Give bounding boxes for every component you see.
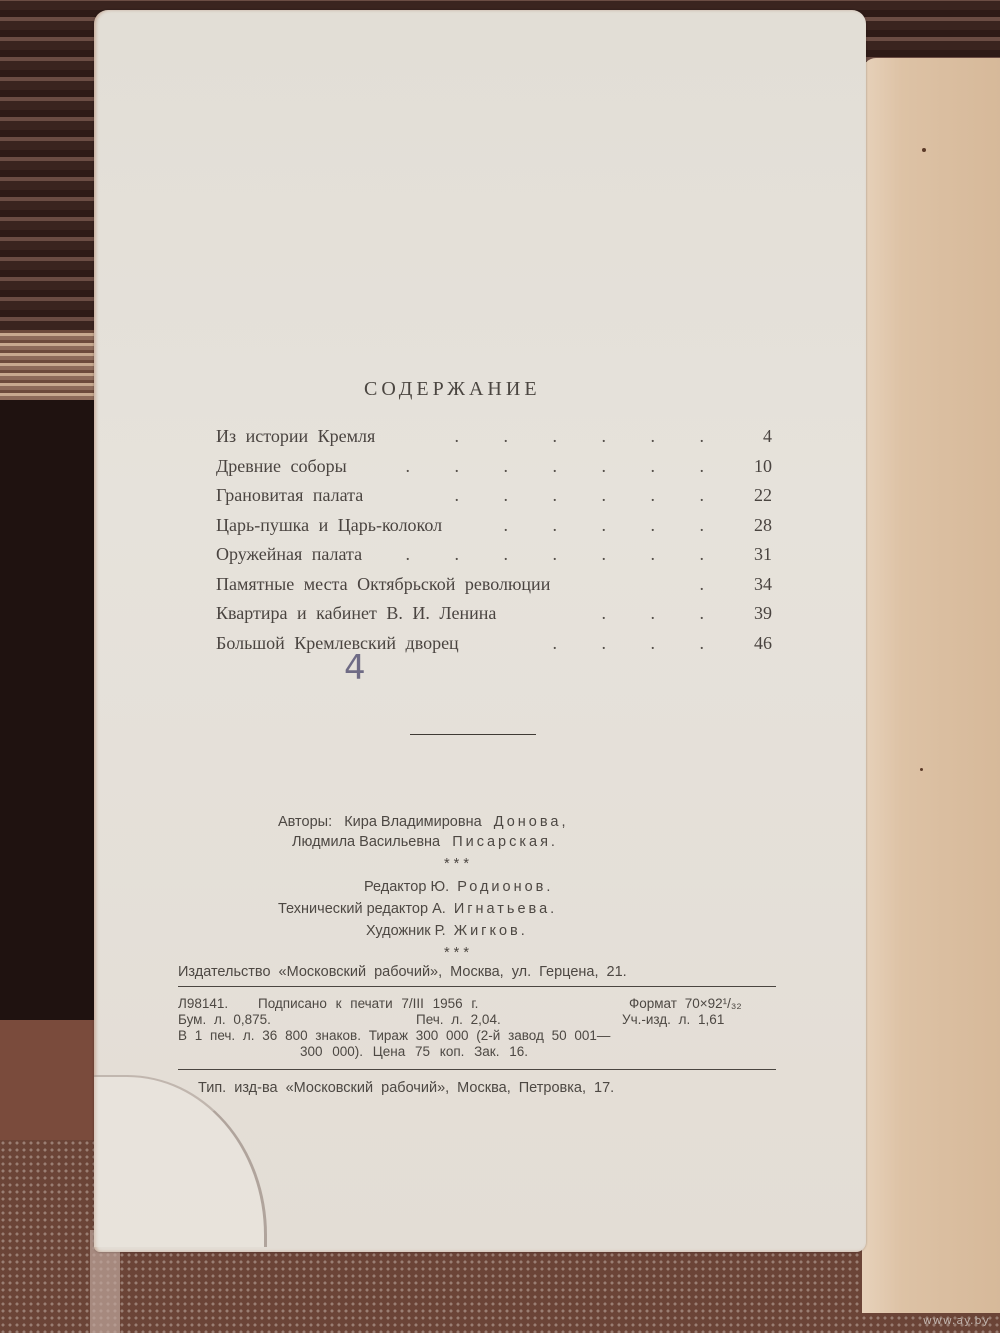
toc-entry: Оружейная палата . . . . . . . 31 xyxy=(216,544,772,574)
spec-print-run: В 1 печ. л. 36 800 знаков. Тираж 300 000… xyxy=(178,1028,610,1043)
publisher-line: Издательство «Московский рабочий», Москв… xyxy=(178,964,627,980)
toc-page-number: 34 xyxy=(742,574,772,595)
spec-code: Л98141. xyxy=(178,996,228,1011)
tech-editor-name: Игнатьева. xyxy=(454,901,557,917)
toc-page-number: 28 xyxy=(742,515,772,536)
tech-editor-label: Технический редактор А. xyxy=(278,901,446,917)
toc-entry: Царь-пушка и Царь-колокол . . . . . 28 xyxy=(216,515,772,545)
spec-format: Формат 70×92¹/₃₂ xyxy=(629,996,742,1011)
spec-paper-sheets: Бум. л. 0,875. xyxy=(178,1012,271,1027)
artist-label: Художник Р. xyxy=(366,923,446,939)
toc-page-number: 22 xyxy=(742,485,772,506)
toc-entry: Из истории Кремля . . . . . . 4 xyxy=(216,426,772,456)
folded-corner xyxy=(94,1075,267,1247)
toc-leader-dots: . . . . . . . xyxy=(347,456,742,477)
artist-line: Художник Р. Жигков. xyxy=(366,923,528,939)
toc-page-number: 31 xyxy=(742,544,772,565)
toc-entry-title: Оружейная палата xyxy=(216,544,362,565)
spec-signed: Подписано к печати 7/III 1956 г. xyxy=(258,996,478,1011)
authors-line-1: Авторы: Кира Владимировна Донова, xyxy=(278,814,569,830)
editor-name: Родионов. xyxy=(457,879,553,895)
editor-label: Редактор Ю. xyxy=(364,879,449,895)
divider-rule xyxy=(178,1069,776,1070)
divider-rule xyxy=(178,986,776,987)
author-2-name: Людмила Васильевна xyxy=(292,834,440,850)
toc-leader-dots: . . . . . xyxy=(442,515,742,536)
editor-line: Редактор Ю. Родионов. xyxy=(364,879,553,895)
toc-entry-title: Большой Кремлевский дворец xyxy=(216,633,459,654)
section-separator: * * * xyxy=(444,945,469,961)
tech-editor-line: Технический редактор А. Игнатьева. xyxy=(278,901,557,917)
toc-entry-title: Из истории Кремля xyxy=(216,426,375,447)
toc-leader-dots: . . . xyxy=(496,603,742,624)
toc-entry: Древние соборы . . . . . . . 10 xyxy=(216,456,772,486)
toc-leader-dots: . . . . . . . xyxy=(362,544,742,565)
authors-label: Авторы: xyxy=(278,814,332,830)
toc-entry-title: Памятные места Октябрьской революции xyxy=(216,574,550,595)
toc-page-number: 4 xyxy=(742,426,772,447)
toc-leader-dots: . . . . . . xyxy=(375,426,742,447)
section-separator: * * * xyxy=(444,856,469,872)
author-1-name: Кира Владимировна xyxy=(344,814,481,830)
table-of-contents: Из истории Кремля . . . . . . 4 Древние … xyxy=(216,426,772,662)
toc-entry: Большой Кремлевский дворец . . . . 46 xyxy=(216,633,772,663)
toc-entry-title: Древние соборы xyxy=(216,456,347,477)
toc-leader-dots: . . . . . . xyxy=(363,485,742,506)
toc-entry-title: Грановитая палата xyxy=(216,485,363,506)
toc-entry-title: Царь-пушка и Царь-колокол xyxy=(216,515,442,536)
back-cover xyxy=(862,58,1000,1313)
toc-entry: Грановитая палата . . . . . . 22 xyxy=(216,485,772,515)
toc-heading: СОДЕРЖАНИЕ xyxy=(364,378,724,401)
toc-page-number: 39 xyxy=(742,603,772,624)
toc-leader-dots: . xyxy=(550,574,742,595)
watermark: www.ay.by xyxy=(923,1314,990,1327)
stain-dot xyxy=(920,768,923,771)
toc-page-number: 46 xyxy=(742,633,772,654)
divider-rule xyxy=(410,734,536,735)
spec-price: 300 000). Цена 75 коп. Зак. 16. xyxy=(300,1044,528,1059)
authors-line-2: Людмила Васильевна Писарская. xyxy=(292,834,558,850)
artist-name: Жигков. xyxy=(454,923,528,939)
author-2-surname: Писарская. xyxy=(452,834,558,850)
toc-entry: Квартира и кабинет В. И. Ленина . . . 39 xyxy=(216,603,772,633)
toc-entry-title: Квартира и кабинет В. И. Ленина xyxy=(216,603,496,624)
author-1-surname: Донова, xyxy=(494,814,569,830)
toc-entry: Памятные места Октябрьской революции . 3… xyxy=(216,574,772,604)
spec-print-sheets: Печ. л. 2,04. xyxy=(416,1012,501,1027)
toc-page-number: 10 xyxy=(742,456,772,477)
printer-line: Тип. изд-ва «Московский рабочий», Москва… xyxy=(198,1080,614,1096)
stain-dot xyxy=(922,148,926,152)
book-page: СОДЕРЖАНИЕ Из истории Кремля . . . . . .… xyxy=(94,10,866,1252)
spec-publisher-sheets: Уч.-изд. л. 1,61 xyxy=(622,1012,724,1027)
toc-leader-dots: . . . . xyxy=(459,633,742,654)
handwritten-number: 4 xyxy=(344,648,366,688)
